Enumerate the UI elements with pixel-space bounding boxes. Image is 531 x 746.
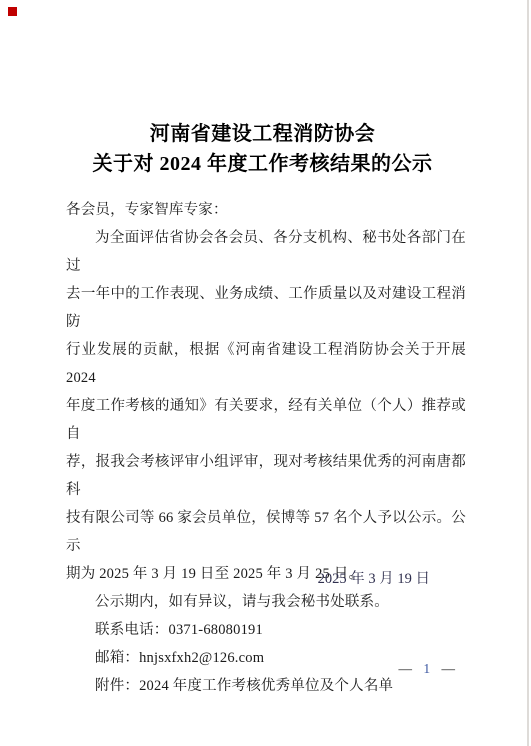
- paragraph-line: 行业发展的贡献，根据《河南省建设工程消防协会关于开展 2024: [66, 336, 466, 392]
- document-date: 2025 年 3 月 19 日: [66, 565, 466, 593]
- paragraph-line: 技有限公司等 66 家会员单位，侯博等 57 名个人予以公示。公示: [66, 504, 466, 560]
- page-number: — 1 —: [399, 661, 456, 677]
- page-number-value: 1: [423, 661, 430, 676]
- title-line-1: 河南省建设工程消防协会: [0, 119, 525, 149]
- paragraph-line: 荐，报我会考核评审小组评审，现对考核结果优秀的河南唐都科: [66, 448, 466, 504]
- paragraph-line: 年度工作考核的通知》有关要求，经有关单位（个人）推荐或自: [66, 392, 466, 448]
- page-edge-line: [527, 0, 529, 746]
- red-corner-marker: [8, 7, 17, 16]
- document-page: { "document": { "title_line1": "河南省建设工程消…: [0, 0, 531, 746]
- contact-phone-line: 联系电话：0371-68080191: [66, 616, 466, 644]
- document-title: 河南省建设工程消防协会 关于对 2024 年度工作考核结果的公示: [0, 119, 525, 179]
- paragraph-line: 去一年中的工作表现、业务成绩、工作质量以及对建设工程消防: [66, 280, 466, 336]
- salutation: 各会员，专家智库专家：: [66, 196, 466, 224]
- page-number-dash-right: —: [442, 661, 456, 676]
- page-number-dash-left: —: [399, 661, 413, 676]
- document-body: 各会员，专家智库专家： 为全面评估省协会各会员、各分支机构、秘书处各部门在过 去…: [66, 196, 466, 700]
- title-line-2: 关于对 2024 年度工作考核结果的公示: [0, 149, 525, 179]
- paragraph-line: 为全面评估省协会各会员、各分支机构、秘书处各部门在过: [66, 224, 466, 280]
